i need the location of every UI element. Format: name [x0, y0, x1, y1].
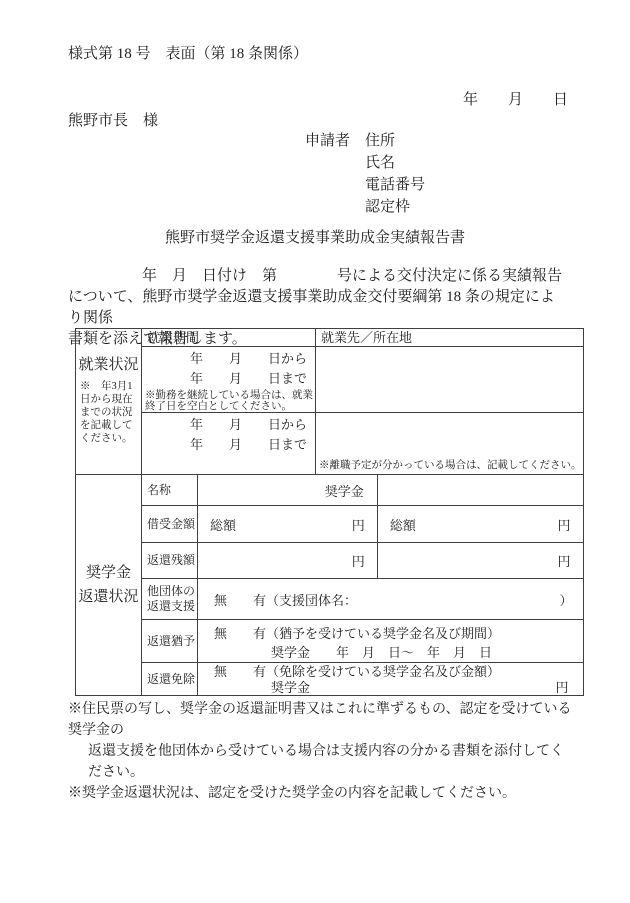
- footer-notes: ※住民票の写し、奨学金の返還証明書又はこれに準ずるもの、認定を受けている奨学金の…: [68, 699, 573, 804]
- exemption-cell: 無 有（免除を受けている奨学金名及び金額） 奨学金 円: [198, 663, 584, 696]
- repayment-balance-cell-right: 円: [377, 543, 583, 579]
- exemption-scholarship: 奨学金: [271, 680, 310, 695]
- other-support-cell: 無 有（支援団体名： ）: [198, 579, 584, 620]
- total-amount-prefix: 総額: [390, 515, 416, 534]
- deferment-period: 奨学金 年 月 日～ 年 月 日: [198, 643, 583, 662]
- report-table: 就業状況 ※ 年3月1日から現在までの状況を記載してください。 就業期間 就業先…: [75, 328, 584, 696]
- borrowed-amount-label: 借受金額: [142, 506, 198, 543]
- repayment-header-line-1: 奨学金: [76, 561, 141, 585]
- document-page: 様式第 18 号 表面（第 18 条関係） 年 月 日 熊野市長 様 申請者 住…: [0, 0, 630, 903]
- employment-date-to-1: 年 月 日まで: [142, 369, 315, 389]
- employment-period-header: 就業期間: [142, 329, 316, 347]
- total-amount-prefix: 総額: [210, 515, 236, 534]
- addressee: 熊野市長 様: [68, 109, 158, 130]
- yen-unit: 円: [352, 515, 365, 534]
- form-number: 様式第 18 号 表面（第 18 条関係）: [68, 46, 308, 63]
- repayment-balance-cell-left: 円: [198, 543, 378, 579]
- employment-status-header-cell: 就業状況 ※ 年3月1日から現在までの状況を記載してください。: [76, 329, 142, 475]
- workplace-header: 就業先／所在地: [316, 329, 584, 347]
- yen-unit: 円: [557, 551, 570, 570]
- employment-period-cell-1: 年 月 日から 年 月 日まで ※勤務を継続している場合は、就業終了日を空白とし…: [142, 347, 316, 413]
- repayment-balance-label: 返還残額: [142, 543, 198, 579]
- yen-unit: 円: [557, 515, 570, 534]
- applicant-field-category: 認定枠: [365, 196, 425, 218]
- body-line-1: 年 月 日付け 第 号による交付決定に係る実績報告: [68, 266, 568, 287]
- applicant-block: 申請者 住所 氏名 電話番号 認定枠: [305, 130, 425, 218]
- body-line-2: について、熊野市奨学金返還支援事業助成金交付要綱第 18 条の規定により関係: [68, 287, 568, 329]
- other-support-close-paren: ）: [559, 590, 572, 609]
- workplace-cell-1: [316, 347, 584, 413]
- employment-date-to-2: 年 月 日まで: [142, 435, 315, 455]
- report-title: 熊野市奨学金返還支援事業助成金実績報告書: [0, 226, 630, 247]
- name-row-value: 奨学金: [198, 475, 378, 506]
- borrowed-amount-cell-right: 総額 円: [377, 506, 583, 543]
- applicant-field-address: 住所: [365, 130, 425, 152]
- employment-status-note: ※ 年3月1日から現在までの状況を記載してください。: [76, 375, 141, 445]
- resignation-note: ※離職予定が分かっている場合は、記載してください。: [316, 460, 583, 474]
- name-row-label: 名称: [142, 475, 198, 506]
- note-line-1: ※住民票の写し、奨学金の返還証明書又はこれに準ずるもの、認定を受けている奨学金の: [68, 699, 573, 741]
- applicant-fields: 住所 氏名 電話番号 認定枠: [365, 130, 425, 218]
- other-support-label: 他団体の 返還支援: [142, 579, 198, 620]
- exemption-options: 無 有（免除を受けている奨学金名及び金額）: [198, 663, 583, 680]
- yen-unit: 円: [555, 680, 568, 695]
- applicant-field-name: 氏名: [365, 152, 425, 174]
- yen-unit: 円: [352, 551, 365, 570]
- employment-status-title: 就業状況: [76, 329, 141, 375]
- repayment-header-line-2: 返還状況: [76, 585, 141, 609]
- note-line-3: ※奨学金返還状況は、認定を受けた奨学金の内容を記載してください。: [68, 783, 573, 804]
- deferment-label: 返還猶予: [142, 620, 198, 663]
- applicant-label: 申請者: [305, 130, 350, 218]
- note-line-2: 返還支援を他団体から受けている場合は支援内容の分かる書類を添付してください。: [68, 741, 573, 783]
- date-line: 年 月 日: [0, 88, 568, 109]
- employment-date-from-1: 年 月 日から: [142, 349, 315, 369]
- exemption-label: 返還免除: [142, 663, 198, 696]
- workplace-cell-2: ※離職予定が分かっている場合は、記載してください。: [316, 413, 584, 475]
- deferment-cell: 無 有（猶予を受けている奨学金名及び期間） 奨学金 年 月 日～ 年 月 日: [198, 620, 584, 663]
- deferment-options: 無 有（猶予を受けている奨学金名及び期間）: [198, 624, 583, 643]
- employment-period-cell-2: 年 月 日から 年 月 日まで: [142, 413, 316, 475]
- name-row-empty-cell: [377, 475, 583, 506]
- continue-employment-note: ※勤務を継続している場合は、就業終了日を空白としてください。: [142, 389, 315, 412]
- repayment-status-header-cell: 奨学金 返還状況: [76, 475, 142, 696]
- other-support-options: 無 有（支援団体名：: [214, 590, 357, 609]
- borrowed-amount-cell-left: 総額 円: [198, 506, 378, 543]
- applicant-field-phone: 電話番号: [365, 174, 425, 196]
- employment-date-from-2: 年 月 日から: [142, 415, 315, 435]
